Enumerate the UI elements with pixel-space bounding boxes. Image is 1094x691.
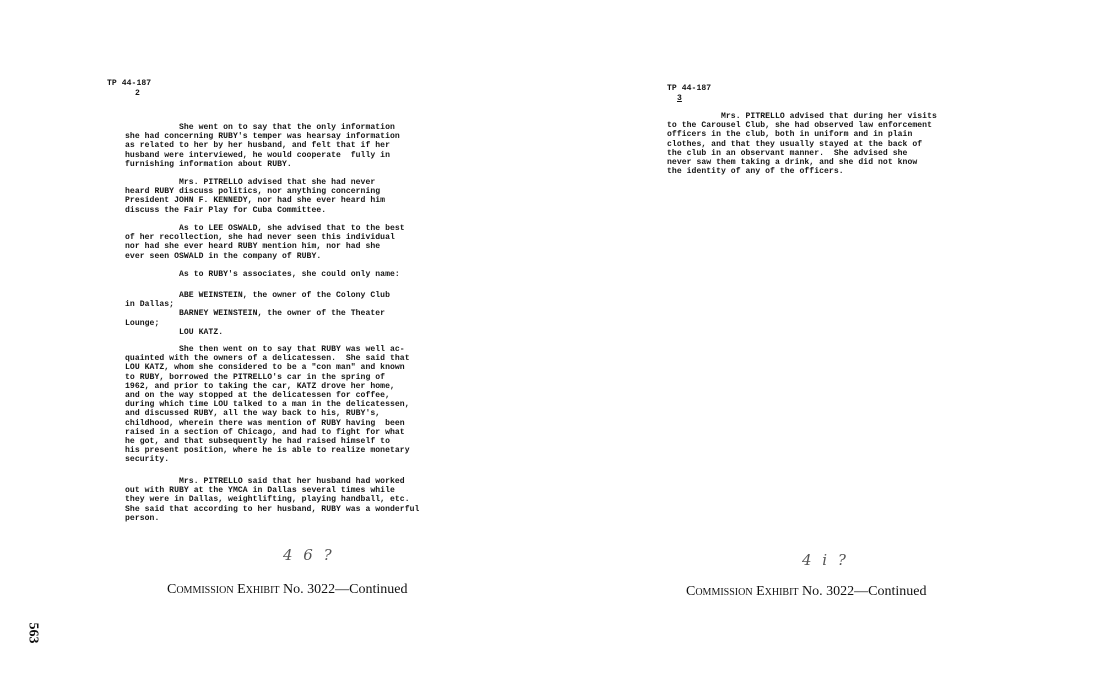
handwritten-page-mark: 4 6 ? bbox=[283, 546, 335, 564]
exhibit-caption: Commission Exhibit No. 3022—Continued bbox=[167, 582, 407, 598]
page-number: 3 bbox=[677, 94, 682, 103]
paragraph-temper: She went on to say that the only informa… bbox=[125, 123, 400, 169]
caption-commission: Commission bbox=[686, 584, 753, 599]
book-page-number: 563 bbox=[25, 623, 41, 644]
exhibit-caption: Commission Exhibit No. 3022—Continued bbox=[686, 584, 926, 600]
caption-number: No. 3022—Continued bbox=[802, 584, 926, 599]
paragraph-associates-intro: As to RUBY's associates, she could only … bbox=[125, 270, 400, 279]
caption-number: No. 3022—Continued bbox=[283, 582, 407, 597]
left-document-page: TP 44-187 2 She went on to say that the … bbox=[0, 0, 547, 691]
caption-exhibit: Exhibit bbox=[237, 582, 279, 597]
paragraph-ymca: Mrs. PITRELLO said that her husband had … bbox=[125, 477, 419, 523]
page-number: 2 bbox=[135, 89, 140, 98]
paragraph-carousel-club: Mrs. PITRELLO advised that during her vi… bbox=[667, 112, 937, 176]
file-number: TP 44-187 bbox=[107, 79, 151, 88]
right-document-page: TP 44-187 3 Mrs. PITRELLO advised that d… bbox=[547, 0, 1094, 691]
paragraph-oswald: As to LEE OSWALD, she advised that to th… bbox=[125, 224, 405, 261]
handwritten-page-mark: 4 i ? bbox=[802, 551, 849, 569]
paragraph-lou-katz: She then went on to say that RUBY was we… bbox=[125, 345, 410, 465]
caption-exhibit: Exhibit bbox=[756, 584, 798, 599]
paragraph-associates-list: ABE WEINSTEIN, the owner of the Colony C… bbox=[125, 291, 390, 337]
caption-commission: Commission bbox=[167, 582, 234, 597]
paragraph-politics: Mrs. PITRELLO advised that she had never… bbox=[125, 178, 385, 215]
file-number: TP 44-187 bbox=[667, 84, 711, 93]
